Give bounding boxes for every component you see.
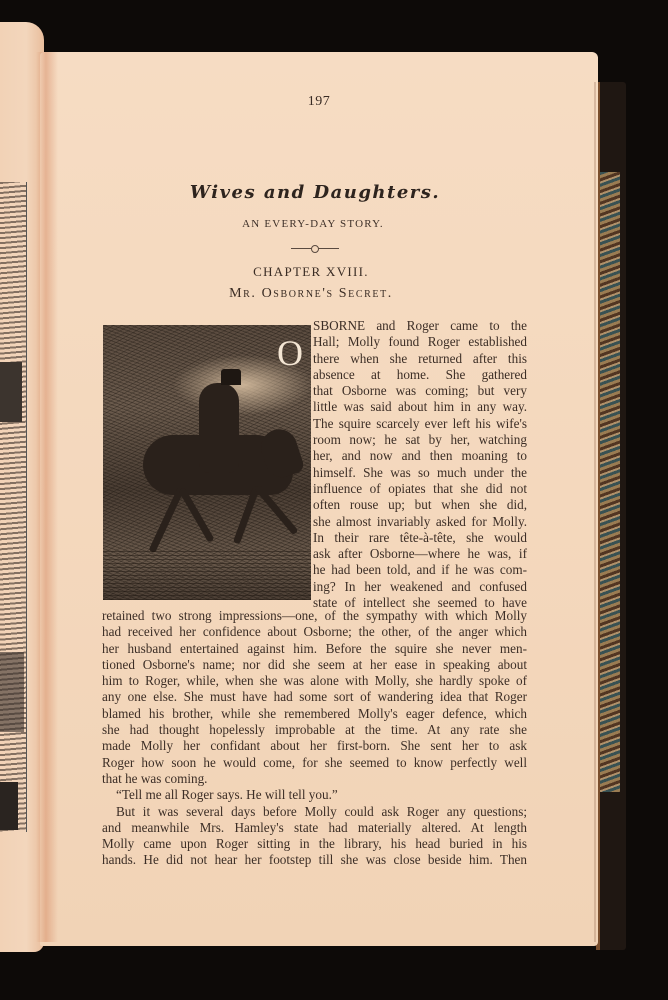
text-line: influence of opiates that she did not <box>313 481 527 497</box>
text-line: In their rare tête-à-tête, she would <box>313 530 527 546</box>
left-page-illustration-fragment <box>0 182 27 832</box>
text-line: her, and now and then moaning to <box>313 448 527 464</box>
text-line: ing? In her weakened and confused <box>313 579 527 595</box>
text-line: she almost invariably asked for Molly. <box>313 514 527 530</box>
text-line: SBORNE and Roger came to the <box>313 318 527 334</box>
text-line: blamed his brother, while she remembered… <box>102 706 527 722</box>
rider-figure <box>199 383 239 473</box>
chapter-number: CHAPTER XVIII. <box>32 264 590 280</box>
text-line: little was said about him in any way. <box>313 399 527 415</box>
dialogue-line: “Tell me all Roger says. He will tell yo… <box>102 787 527 803</box>
divider-ornament <box>291 248 339 252</box>
text-line: often rouse up; but when she did, <box>313 497 527 513</box>
text-line: any one else. She must have had some sor… <box>102 689 527 705</box>
text-line: tioned Osborne's name; nor did she seem … <box>102 657 527 673</box>
text-line: retained two strong impressions—one, of … <box>102 608 527 624</box>
text-line: that he was coming. <box>102 771 527 787</box>
book-page: 197 Wives and Daughters. AN EVERY-DAY ST… <box>40 52 598 946</box>
text-line: But it was several days before Molly cou… <box>102 804 527 820</box>
text-line: Molly came upon Roger sitting in the lib… <box>102 836 527 852</box>
text-line: himself. She was so much under the <box>313 465 527 481</box>
text-line: her husband entertained against him. Bef… <box>102 641 527 657</box>
book-binding-edge <box>596 82 626 950</box>
text-line: that Osborne was coming; but very <box>313 383 527 399</box>
text-line: had received her confidence about Osborn… <box>102 624 527 640</box>
body-text-beside-illustration: SBORNE and Roger came to the Hall; Molly… <box>313 318 527 611</box>
chapter-illustration: O <box>103 325 311 600</box>
book-title: Wives and Daughters. <box>36 182 594 203</box>
text-line: The squire scarcely ever left his wife's <box>313 416 527 432</box>
text-line: he had been told, and if he was com- <box>313 562 527 578</box>
chapter-title: Mr. Osborne's Secret. <box>32 286 590 302</box>
text-line: him to Roger, while, when she was alone … <box>102 673 527 689</box>
top-hat <box>221 369 241 385</box>
body-text-full-width: retained two strong impressions—one, of … <box>102 608 527 869</box>
drop-cap: O <box>277 335 303 371</box>
text-line: ask after Osborne—where he was, if <box>313 546 527 562</box>
text-line: hands. He did not hear her footstep till… <box>102 852 527 868</box>
page-number: 197 <box>40 94 598 110</box>
text-line: there when she returned after this <box>313 351 527 367</box>
book-subtitle: AN EVERY-DAY STORY. <box>34 218 592 230</box>
text-line: made Molly her confidant about her first… <box>102 738 527 754</box>
text-line: Hall; Molly found Roger established <box>313 334 527 350</box>
text-line: and meanwhile Mrs. Hamley's state had ma… <box>102 820 527 836</box>
text-line: absence at home. She gathered <box>313 367 527 383</box>
marbled-edge <box>600 172 620 792</box>
text-line: Roger how soon he would come, for she se… <box>102 755 527 771</box>
text-line: room now; he sat by her, watching <box>313 432 527 448</box>
text-line: she had thought hopelessly improbable at… <box>102 722 527 738</box>
